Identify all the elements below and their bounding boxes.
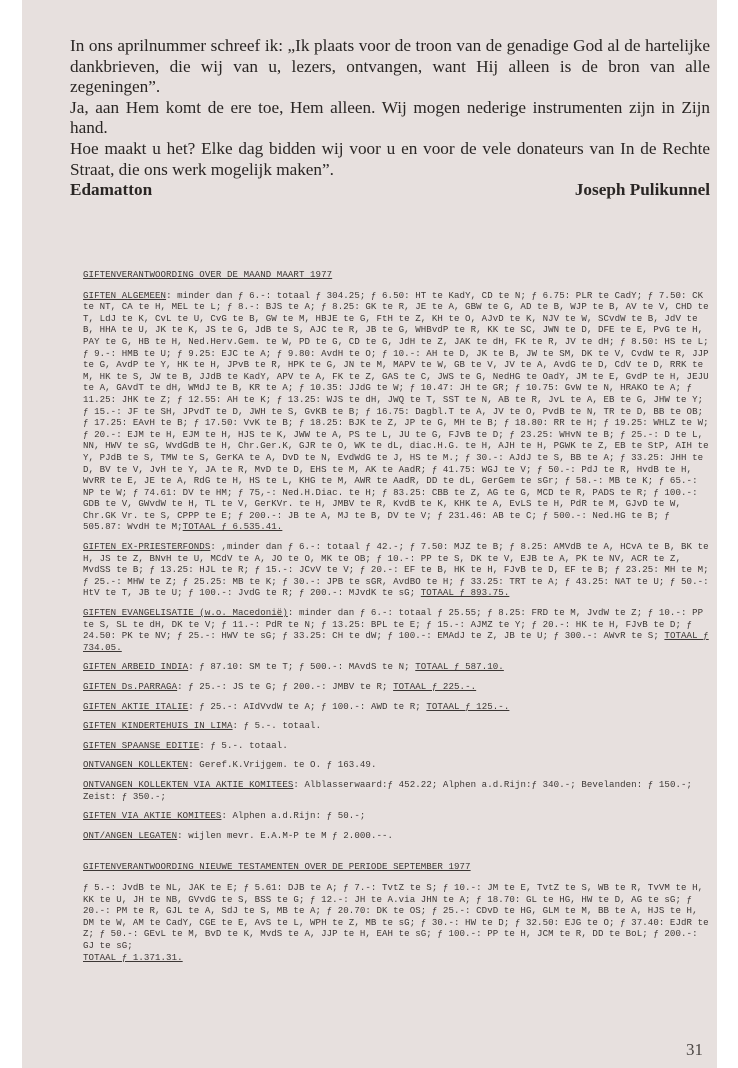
ledger-section: GIFTEN ALGEMEEN: minder dan ƒ 6.-: totaa… (83, 290, 713, 533)
ledger-section-text: : minder dan ƒ 6.-: totaal ƒ 304.25; ƒ 6… (83, 290, 709, 533)
ledger-section: GIFTEN EVANGELISATIE (w.o. Macedonië): m… (83, 607, 713, 653)
ledger-section: GIFTEN AKTIE ITALIE: ƒ 25.-: AIdVvdW te … (83, 701, 713, 713)
ledger-section: GIFTEN VIA AKTIE KOMITEES: Alphen a.d.Ri… (83, 810, 713, 822)
ledger-section-title: GIFTEN EVANGELISATIE (w.o. Macedonië) (83, 607, 288, 618)
ledger-section-text: : ƒ 25.-: JS te G; ƒ 200.-: JMBV te R; (177, 681, 393, 692)
ledger-section: GIFTEN ARBEID INDIA: ƒ 87.10: SM te T; ƒ… (83, 661, 713, 673)
ledger-section-title: GIFTEN AKTIE ITALIE (83, 701, 188, 712)
ledger-section-total: TOTAAL ƒ 587.10. (415, 661, 504, 672)
ledger-section: ONTVANGEN KOLLEKTEN: Geref.K.Vrijgem. te… (83, 759, 713, 771)
ledger-section-total: TOTAAL ƒ 225.-. (393, 681, 476, 692)
ledger-section-text: : ƒ 5.-. totaal. (233, 720, 322, 731)
ledger-section-text: : ƒ 87.10: SM te T; ƒ 500.-: MAvdS te N; (188, 661, 415, 672)
ledger-section-title: ONT/ANGEN LEGATEN (83, 830, 177, 841)
spacer (83, 849, 713, 861)
ledger-section-total: TOTAAL ƒ 893.75. (421, 587, 510, 598)
ledger-section: GIFTEN SPAANSE EDITIE: ƒ 5.-. totaal. (83, 740, 713, 752)
ledger-section-text: : ƒ 5.-. totaal. (199, 740, 288, 751)
ledger-section-text: : wijlen mevr. E.A.M-P te M ƒ 2.000.--. (177, 830, 393, 841)
letter-paragraph: In ons aprilnummer schreef ik: „Ik plaat… (70, 36, 710, 98)
ledger-section-title: GIFTEN ARBEID INDIA (83, 661, 188, 672)
ledger-section-total: TOTAAL ƒ 6.535.41. (183, 521, 283, 532)
ledger-section: GIFTEN Ds.PARRAGA: ƒ 25.-: JS te G; ƒ 20… (83, 681, 713, 693)
letter-paragraph: Ja, aan Hem komt de ere toe, Hem alleen.… (70, 98, 710, 139)
ledger-section-title: GIFTEN VIA AKTIE KOMITEES (83, 810, 221, 821)
ledger-section-total: TOTAAL ƒ 125.-. (426, 701, 509, 712)
donations-ledger: GIFTENVERANTWOORDING OVER DE MAAND MAART… (83, 269, 713, 971)
ledger-section-title: ONTVANGEN KOLLEKTEN VIA AKTIE KOMITEES (83, 779, 293, 790)
ledger-heading-march: GIFTENVERANTWOORDING OVER DE MAAND MAART… (83, 269, 713, 281)
ledger-heading-nt: GIFTENVERANTWOORDING NIEUWE TESTAMENTEN … (83, 861, 713, 873)
page-number: 31 (686, 1040, 703, 1060)
letter-signature: Joseph Pulikunnel (575, 180, 710, 201)
ledger-nt-entry: ƒ 5.-: JvdB te NL, JAK te E; ƒ 5.61: DJB… (83, 882, 713, 963)
page: In ons aprilnummer schreef ik: „Ik plaat… (22, 0, 717, 1068)
ledger-section: GIFTEN EX-PRIESTERFONDS: ,minder dan ƒ 6… (83, 541, 713, 599)
ledger-nt-text: ƒ 5.-: JvdB te NL, JAK te E; ƒ 5.61: DJB… (83, 882, 709, 951)
ledger-section: ONTVANGEN KOLLEKTEN VIA AKTIE KOMITEES: … (83, 779, 713, 802)
ledger-section: GIFTEN KINDERTEHUIS IN LIMA: ƒ 5.-. tota… (83, 720, 713, 732)
ledger-section-title: ONTVANGEN KOLLEKTEN (83, 759, 188, 770)
letter-place: Edamatton (70, 180, 152, 201)
ledger-section-title: GIFTEN KINDERTEHUIS IN LIMA (83, 720, 233, 731)
ledger-section-title: GIFTEN EX-PRIESTERFONDS (83, 541, 210, 552)
ledger-sections: GIFTEN ALGEMEEN: minder dan ƒ 6.-: totaa… (83, 290, 713, 842)
ledger-section-text: : ƒ 25.-: AIdVvdW te A; ƒ 100.-: AWD te … (188, 701, 426, 712)
ledger-nt-total: TOTAAL ƒ 1.371.31. (83, 952, 183, 963)
letter-paragraph: Hoe maakt u het? Elke dag bidden wij voo… (70, 139, 710, 180)
ledger-section-title: GIFTEN SPAANSE EDITIE (83, 740, 199, 751)
ledger-section-text: : Alphen a.d.Rijn: ƒ 50.-; (221, 810, 365, 821)
ledger-section-title: GIFTEN ALGEMEEN (83, 290, 166, 301)
letter-signoff: Edamatton Joseph Pulikunnel (70, 180, 710, 201)
ledger-section-title: GIFTEN Ds.PARRAGA (83, 681, 177, 692)
letter: In ons aprilnummer schreef ik: „Ik plaat… (70, 36, 710, 201)
ledger-section: ONT/ANGEN LEGATEN: wijlen mevr. E.A.M-P … (83, 830, 713, 842)
ledger-section-text: : Geref.K.Vrijgem. te O. ƒ 163.49. (188, 759, 376, 770)
